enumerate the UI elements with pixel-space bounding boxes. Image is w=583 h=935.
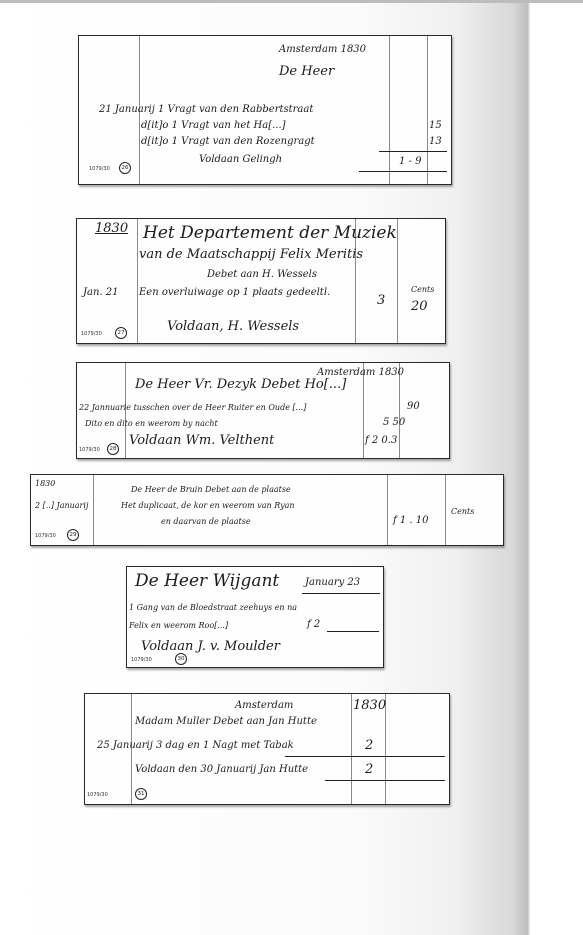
receipt-line: Felix en weerom Roo[...] <box>129 621 228 630</box>
receipt-signature: Voldaan J. v. Moulder <box>141 639 280 654</box>
archive-ref: 1079/30 <box>79 447 100 453</box>
archive-ref: 1079/30 <box>87 792 108 798</box>
receipt-line: en daarvan de plaatse <box>161 517 251 526</box>
receipt-amount: f 2 <box>307 619 320 630</box>
receipt-number: 26 <box>119 162 131 174</box>
receipt-30: De Heer Wijgant January 23 1 Gang van de… <box>126 566 384 668</box>
receipt-line: Voldaan den 30 Januarij Jan Hutte <box>135 764 308 775</box>
receipt-line: d[it]o 1 Vragt van den Rozengragt <box>141 136 315 147</box>
receipt-title: Madam Muller Debet aan Jan Hutte <box>135 716 317 727</box>
receipt-number: 28 <box>107 443 119 455</box>
receipt-title: Het Departement der Muziek <box>143 223 397 243</box>
archive-ref: 1079/30 <box>35 533 56 539</box>
receipt-number: 30 <box>175 653 187 665</box>
receipt-total: f 2 0.3 <box>365 435 397 446</box>
receipt-amount: 13 <box>429 136 442 147</box>
receipt-31: Amsterdam 1830 Madam Muller Debet aan Ja… <box>84 693 450 805</box>
receipt-addressee: De Heer <box>279 64 334 79</box>
receipt-line: Voldaan Gelingh <box>199 154 282 165</box>
receipt-total: 1 - 9 <box>399 156 421 167</box>
receipt-line: 22 Jannuarie tusschen over de Heer Ruite… <box>79 403 306 412</box>
receipt-title: De Heer Wijgant <box>135 571 279 591</box>
receipt-signature: Voldaan Wm. Velthent <box>129 433 274 448</box>
receipt-amount: f 1 . 10 <box>393 515 429 526</box>
receipt-line: 21 Januarij 1 Vragt van den Rabbertstraa… <box>99 104 313 115</box>
receipt-amount: 5 50 <box>383 417 405 428</box>
receipt-header-place: Amsterdam <box>235 700 293 711</box>
receipt-line: 25 Januarij 3 dag en 1 Nagt met Tabak <box>97 740 294 751</box>
receipt-date: 2 [..] Januarij <box>35 501 88 510</box>
receipt-amount-guilders: 3 <box>377 293 385 308</box>
receipt-year: 1830 <box>95 221 128 236</box>
receipt-amount: 2 <box>365 762 373 777</box>
receipt-amount: 15 <box>429 120 442 131</box>
receipt-29: 1830 2 [..] Januarij De Heer de Bruin De… <box>30 474 504 546</box>
receipt-header-place: Amsterdam 1830 <box>279 44 366 55</box>
receipt-amount: 2 <box>365 738 373 753</box>
receipt-date: January 23 <box>305 577 360 588</box>
receipt-line: d[it]o 1 Vragt van het Ha[...] <box>141 120 286 131</box>
receipt-27: 1830 Het Departement der Muziek van de M… <box>76 218 446 344</box>
archive-ref: 1079/30 <box>81 331 102 337</box>
archive-ref: 1079/30 <box>131 657 152 663</box>
receipt-cents-label: Cents <box>411 285 434 294</box>
archive-ref: 1079/30 <box>89 166 110 172</box>
receipt-amount: 90 <box>407 401 420 412</box>
receipt-28: Amsterdam 1830 De Heer Vr. Dezyk Debet H… <box>76 362 450 459</box>
receipt-year: 1830 <box>353 698 386 713</box>
receipt-item: Een overluiwage op 1 plaats gedeeltl. <box>139 287 330 298</box>
receipt-number: 27 <box>115 327 127 339</box>
scan-top-edge <box>0 0 583 3</box>
receipt-line: Het duplicaat, de kor en weerom van Ryan <box>121 501 295 510</box>
receipt-line: De Heer de Bruin Debet aan de plaatse <box>131 485 291 494</box>
receipt-amount-cents: 20 <box>411 299 428 314</box>
receipt-line: Dito en dito en weerom by nacht <box>85 419 218 428</box>
receipt-date: Jan. 21 <box>83 287 119 298</box>
receipt-number: 31 <box>135 788 147 800</box>
receipt-title: De Heer Vr. Dezyk Debet Ho[...] <box>135 377 346 392</box>
receipt-line: Debet aan H. Wessels <box>207 269 317 280</box>
receipt-26: Amsterdam 1830 De Heer 21 Januarij 1 Vra… <box>78 35 452 185</box>
receipt-signature: Voldaan, H. Wessels <box>167 319 299 334</box>
receipt-number: 29 <box>67 529 79 541</box>
receipt-cents-label: Cents <box>451 507 474 516</box>
receipt-line: 1 Gang van de Bloedstraat zeehuys en na <box>129 603 297 612</box>
receipt-line: van de Maatschappij Felix Meritis <box>139 247 363 262</box>
receipt-year: 1830 <box>35 479 55 488</box>
